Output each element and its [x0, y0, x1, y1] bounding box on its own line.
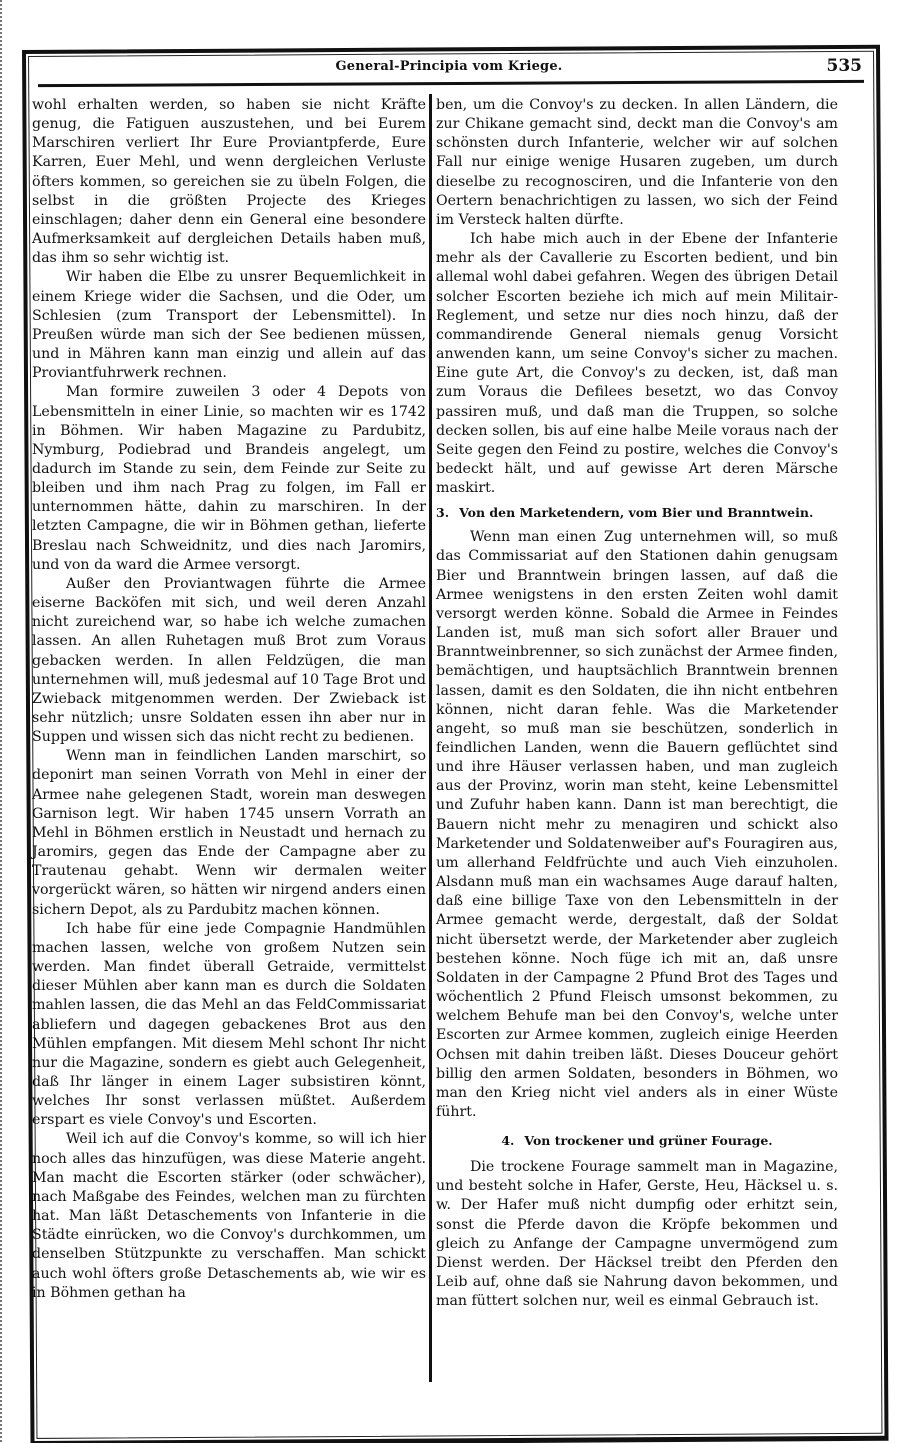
- header-rule: [38, 80, 864, 87]
- book-page: General-Principia vom Kriege. 535 wohl e…: [22, 50, 880, 1390]
- paragraph: Ich habe mich auch in der Ebene der Infa…: [436, 230, 838, 498]
- section-title: Von den Marketendern, vom Bier und Brann…: [459, 505, 813, 520]
- paragraph: Weil ich auf die Convoy's komme, so will…: [32, 1130, 426, 1302]
- scan-edge: [0, 0, 2, 1443]
- section-heading-3: 3.Von den Marketendern, vom Bier und Bra…: [436, 504, 838, 522]
- paragraph: Wenn man in feindlichen Landen marschirt…: [32, 747, 426, 919]
- page-number: 535: [827, 56, 863, 76]
- running-title: General-Principia vom Kriege.: [32, 59, 866, 74]
- section-number: 3.: [436, 505, 449, 520]
- section-heading-4: 4.Von trockener und grüner Fourage.: [436, 1132, 838, 1150]
- right-column: ben, um die Convoy's zu decken. In allen…: [436, 96, 838, 1311]
- paragraph: wohl erhalten werden, so haben sie nicht…: [32, 96, 426, 268]
- paragraph: Wir haben die Elbe zu unsrer Bequemlichk…: [32, 268, 426, 383]
- paragraph: Außer den Proviantwagen führte die Armee…: [32, 575, 426, 747]
- paragraph: Ich habe für eine jede Compagnie Handmüh…: [32, 920, 426, 1131]
- running-head: General-Principia vom Kriege. 535: [32, 56, 866, 80]
- paragraph: ben, um die Convoy's zu decken. In allen…: [436, 96, 838, 230]
- column-divider: [429, 94, 432, 1382]
- paragraph: Die trockene Fourage sammelt man in Ma­g…: [436, 1158, 838, 1311]
- section-number: 4.: [501, 1133, 514, 1148]
- paragraph: Man formire zuweilen 3 oder 4 Depots von…: [32, 383, 426, 575]
- left-column: wohl erhalten werden, so haben sie nicht…: [32, 96, 426, 1303]
- section-title: Von trockener und grüner Fourage.: [524, 1133, 772, 1148]
- paragraph: Wenn man einen Zug unternehmen will, so …: [436, 528, 838, 1122]
